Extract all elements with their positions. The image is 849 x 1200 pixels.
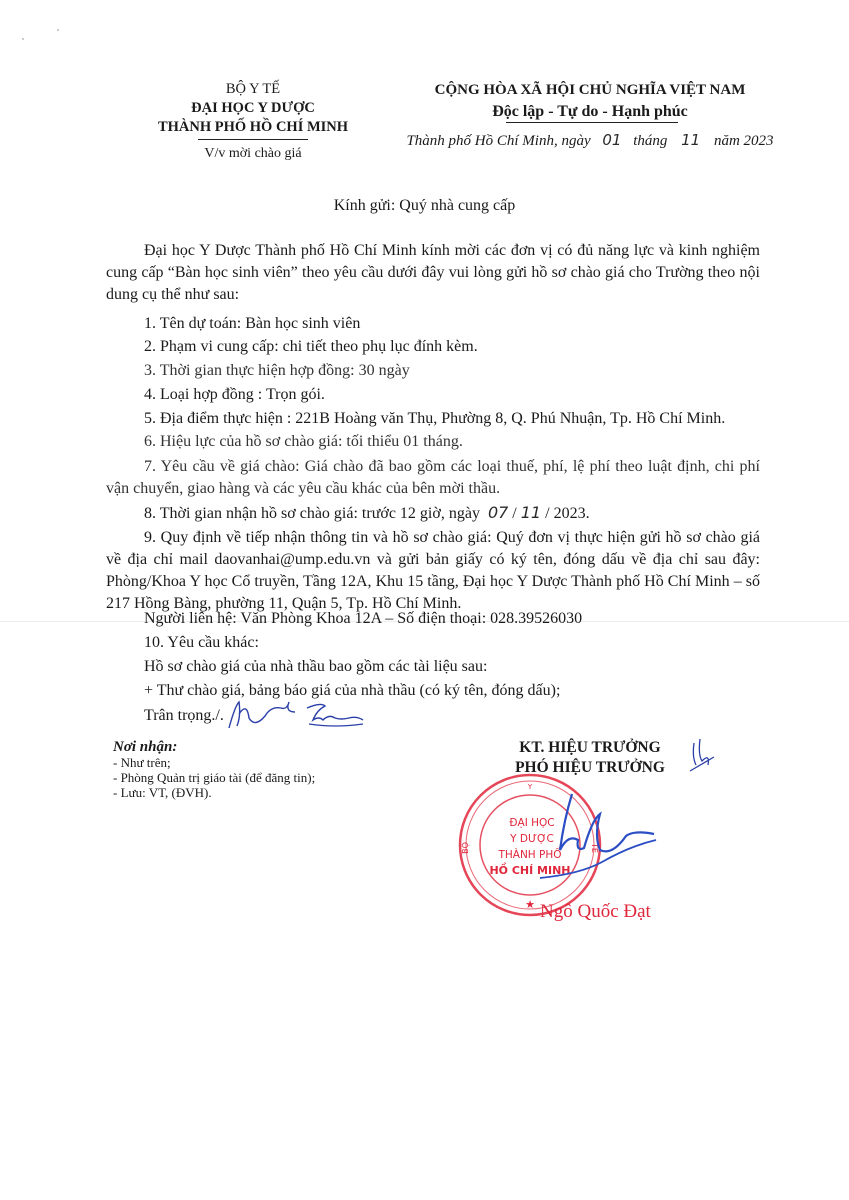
recipients-block: Nơi nhận: - Như trên; - Phòng Quản trị g… (113, 740, 315, 800)
scan-speck (57, 29, 59, 31)
signatory-title-line1: KT. HIỆU TRƯỞNG (470, 738, 710, 758)
list-item: 5. Địa điểm thực hiện : 221B Hoàng văn T… (144, 410, 725, 428)
document-subject: V/v mời chào giá (118, 144, 388, 163)
ministry-name: BỘ Y TẾ (118, 80, 388, 99)
intro-paragraph: Đại học Y Dược Thành phố Hồ Chí Minh kín… (106, 240, 760, 306)
date-month-label: tháng (633, 133, 667, 149)
date-month-handwritten: 11 (681, 131, 700, 149)
national-motto: Độc lập - Tự do - Hạnh phúc (405, 101, 775, 122)
recipient-item: - Như trên; (113, 755, 315, 770)
recipient-item: - Lưu: VT, (ĐVH). (113, 785, 315, 800)
list-item: 7. Yêu cầu về giá chào: Giá chào đã bao … (106, 456, 760, 500)
list-item: 9. Quy định về tiếp nhận thông tin và hồ… (106, 527, 760, 615)
deadline-month-handwritten: 11 (521, 503, 541, 522)
list-item: 2. Phạm vi cung cấp: chi tiết theo phụ l… (144, 338, 478, 356)
motto-divider (506, 122, 678, 123)
list-item: 10. Yêu cầu khác: (144, 634, 259, 652)
country-name: CỘNG HÒA XÃ HỘI CHỦ NGHĨA VIỆT NAM (405, 80, 775, 101)
university-name-line2: THÀNH PHỐ HỒ CHÍ MINH (118, 118, 388, 137)
recipients-title: Nơi nhận: (113, 740, 315, 755)
university-name-line1: ĐẠI HỌC Y DƯỢC (118, 99, 388, 118)
deadline-day-handwritten: 07 (488, 503, 508, 522)
salutation: Kính gửi: Quý nhà cung cấp (0, 197, 849, 215)
header-divider (198, 139, 308, 140)
document-date: Thành phố Hồ Chí Minh, ngày 01 tháng 11 … (405, 131, 775, 150)
list-item: 6. Hiệu lực của hồ sơ chào giá: tối thiể… (144, 433, 463, 451)
date-prefix: Thành phố Hồ Chí Minh, ngày (406, 133, 590, 149)
list-item: 3. Thời gian thực hiện hợp đồng: 30 ngày (144, 362, 410, 380)
documents-intro: Hồ sơ chào giá của nhà thầu bao gồm các … (144, 658, 487, 676)
scan-speck (22, 38, 24, 40)
issuer-header: BỘ Y TẾ ĐẠI HỌC Y DƯỢC THÀNH PHỐ HỒ CHÍ … (118, 80, 388, 163)
deadline-label: 8. Thời gian nhận hồ sơ chào giá: trước … (144, 505, 480, 522)
contact-info: Người liên hệ: Văn Phòng Khoa 12A – Số đ… (144, 610, 582, 628)
svg-text:BỘ: BỘ (459, 842, 470, 854)
deadline-year: 2023. (554, 505, 590, 522)
approval-initials-icon (688, 735, 718, 775)
recipient-item: - Phòng Quản trị giáo tài (để đăng tin); (113, 770, 315, 785)
initials-signature-icon (225, 698, 365, 734)
date-separator: / (512, 505, 520, 522)
handwritten-signature-icon (530, 790, 660, 900)
signatory-title: KT. HIỆU TRƯỞNG PHÓ HIỆU TRƯỞNG (470, 738, 710, 778)
signatory-title-line2: PHÓ HIỆU TRƯỞNG (470, 758, 710, 778)
signatory-name: Ngô Quốc Đạt (540, 901, 651, 923)
date-year: năm 2023 (714, 133, 774, 149)
submission-deadline: 8. Thời gian nhận hồ sơ chào giá: trước … (144, 503, 590, 523)
list-item: 4. Loại hợp đồng : Trọn gói. (144, 386, 325, 404)
closing: Trân trọng./. (144, 707, 224, 725)
date-separator: / (545, 505, 553, 522)
national-header: CỘNG HÒA XÃ HỘI CHỦ NGHĨA VIỆT NAM Độc l… (405, 80, 775, 123)
list-item: 1. Tên dự toán: Bàn học sinh viên (144, 315, 360, 333)
date-day-handwritten: 01 (602, 131, 621, 149)
